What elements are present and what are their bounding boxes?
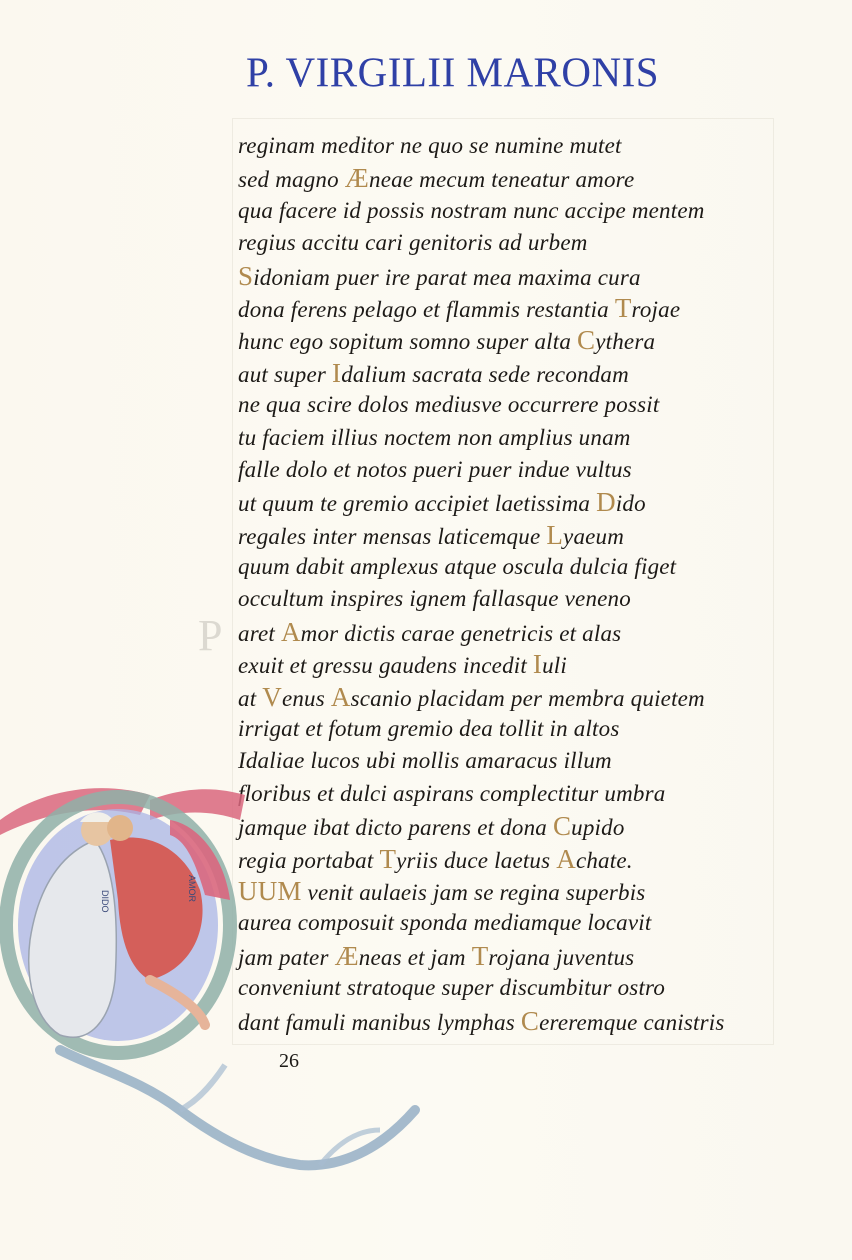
verse-text-segment: quum dabit amplexus atque oscula dulcia … — [238, 554, 676, 579]
verse-text-segment: scanio placidam per membra quietem — [351, 686, 705, 711]
verse-text-segment: chate. — [576, 848, 633, 873]
verse-text-segment: sed magno — [238, 167, 345, 192]
illuminated-roundel: DIDO AMOR — [0, 780, 430, 1190]
gold-initial: Æ — [345, 163, 369, 193]
verse-text-segment: yaeum — [563, 524, 624, 549]
verse-line: at Venus Ascanio placidam per membra qui… — [238, 681, 838, 713]
verse-line: aret Amor dictis carae genetricis et ala… — [238, 616, 838, 648]
verse-line: ne qua scire dolos mediusve occurrere po… — [238, 389, 838, 421]
gold-initial: T — [615, 293, 632, 323]
verse-text-segment: Idaliae lucos ubi mollis amaracus illum — [238, 748, 612, 773]
dido-label: DIDO — [100, 890, 110, 913]
gold-initial: I — [533, 649, 542, 679]
verse-text-segment: mor dictis carae genetricis et alas — [301, 621, 622, 646]
verse-text-segment: upido — [571, 815, 624, 840]
verse-line: regius accitu cari genitoris ad urbem — [238, 227, 838, 259]
verse-text-segment: ne qua scire dolos mediusve occurrere po… — [238, 392, 659, 417]
verse-text-segment: qua facere id possis nostram nunc accipe… — [238, 198, 705, 223]
verse-line: regales inter mensas laticemque Lyaeum — [238, 519, 838, 551]
verse-line: hunc ego sopitum somno super alta Cyther… — [238, 324, 838, 356]
manuscript-page: P P. VIRGILII MARONIS reginam meditor ne… — [0, 0, 852, 1260]
verse-line: falle dolo et notos pueri puer indue vul… — [238, 454, 838, 486]
verse-line: occultum inspires ignem fallasque veneno — [238, 583, 838, 615]
gold-initial: A — [556, 844, 576, 874]
verse-text-segment: aut super — [238, 362, 332, 387]
verse-line: ut quum te gremio accipiet laetissima Di… — [238, 486, 838, 518]
gold-initial: C — [521, 1006, 539, 1036]
verse-text-segment: ythera — [595, 329, 655, 354]
verse-text-segment: enus — [282, 686, 331, 711]
gold-initial: T — [472, 941, 489, 971]
verse-line: tu faciem illius noctem non amplius unam — [238, 422, 838, 454]
verse-text-segment: hunc ego sopitum somno super alta — [238, 329, 577, 354]
page-number: 26 — [279, 1050, 299, 1073]
verse-text-segment: regius accitu cari genitoris ad urbem — [238, 230, 588, 255]
verse-line: sed magno Æneae mecum teneatur amore — [238, 162, 838, 194]
verse-text-segment: idoniam puer ire parat mea maxima cura — [253, 265, 640, 290]
verse-text-segment: exuit et gressu gaudens incedit — [238, 653, 533, 678]
verse-text-segment: dona ferens pelago et flammis restantia — [238, 297, 615, 322]
gold-initial: S — [238, 261, 253, 291]
gold-initial: C — [577, 325, 595, 355]
verse-line: dona ferens pelago et flammis restantia … — [238, 292, 838, 324]
verse-text-segment: ido — [616, 491, 646, 516]
verse-line: quum dabit amplexus atque oscula dulcia … — [238, 551, 838, 583]
verse-line: aut super Idalium sacrata sede recondam — [238, 357, 838, 389]
verse-text-segment: rojana juventus — [488, 945, 634, 970]
verse-line: Sidoniam puer ire parat mea maxima cura — [238, 260, 838, 292]
gold-initial: V — [262, 682, 282, 712]
gold-initial: L — [546, 520, 563, 550]
gold-initial: C — [553, 811, 571, 841]
verse-text-segment: tu faciem illius noctem non amplius unam — [238, 425, 631, 450]
verse-text-segment: irrigat et fotum gremio dea tollit in al… — [238, 716, 620, 741]
verse-text-segment: neae mecum teneatur amore — [369, 167, 634, 192]
verse-line: Idaliae lucos ubi mollis amaracus illum — [238, 745, 838, 777]
verse-line: reginam meditor ne quo se numine mutet — [238, 130, 838, 162]
verse-text-segment: regales inter mensas laticemque — [238, 524, 546, 549]
show-through-initial: P — [198, 610, 222, 661]
verse-text-segment: dalium sacrata sede recondam — [341, 362, 629, 387]
gold-initial: I — [332, 358, 341, 388]
amor-label: AMOR — [187, 875, 197, 903]
verse-text-segment: aret — [238, 621, 281, 646]
verse-text-segment: at — [238, 686, 262, 711]
verse-line: qua facere id possis nostram nunc accipe… — [238, 195, 838, 227]
verse-line: irrigat et fotum gremio dea tollit in al… — [238, 713, 838, 745]
gold-initial: A — [281, 617, 301, 647]
page-title: P. VIRGILII MARONIS — [246, 48, 659, 97]
verse-text-segment: uli — [542, 653, 567, 678]
verse-line: exuit et gressu gaudens incedit Iuli — [238, 648, 838, 680]
verse-text-segment: ut quum te gremio accipiet laetissima — [238, 491, 596, 516]
verse-text-segment: falle dolo et notos pueri puer indue vul… — [238, 457, 632, 482]
gold-initial: A — [331, 682, 351, 712]
gold-initial: D — [596, 487, 616, 517]
verse-text-segment: occultum inspires ignem fallasque veneno — [238, 586, 631, 611]
verse-text-segment: reginam meditor ne quo se numine mutet — [238, 133, 622, 158]
verse-text-segment: ereremque canistris — [539, 1010, 724, 1035]
verse-text-segment: rojae — [632, 297, 681, 322]
